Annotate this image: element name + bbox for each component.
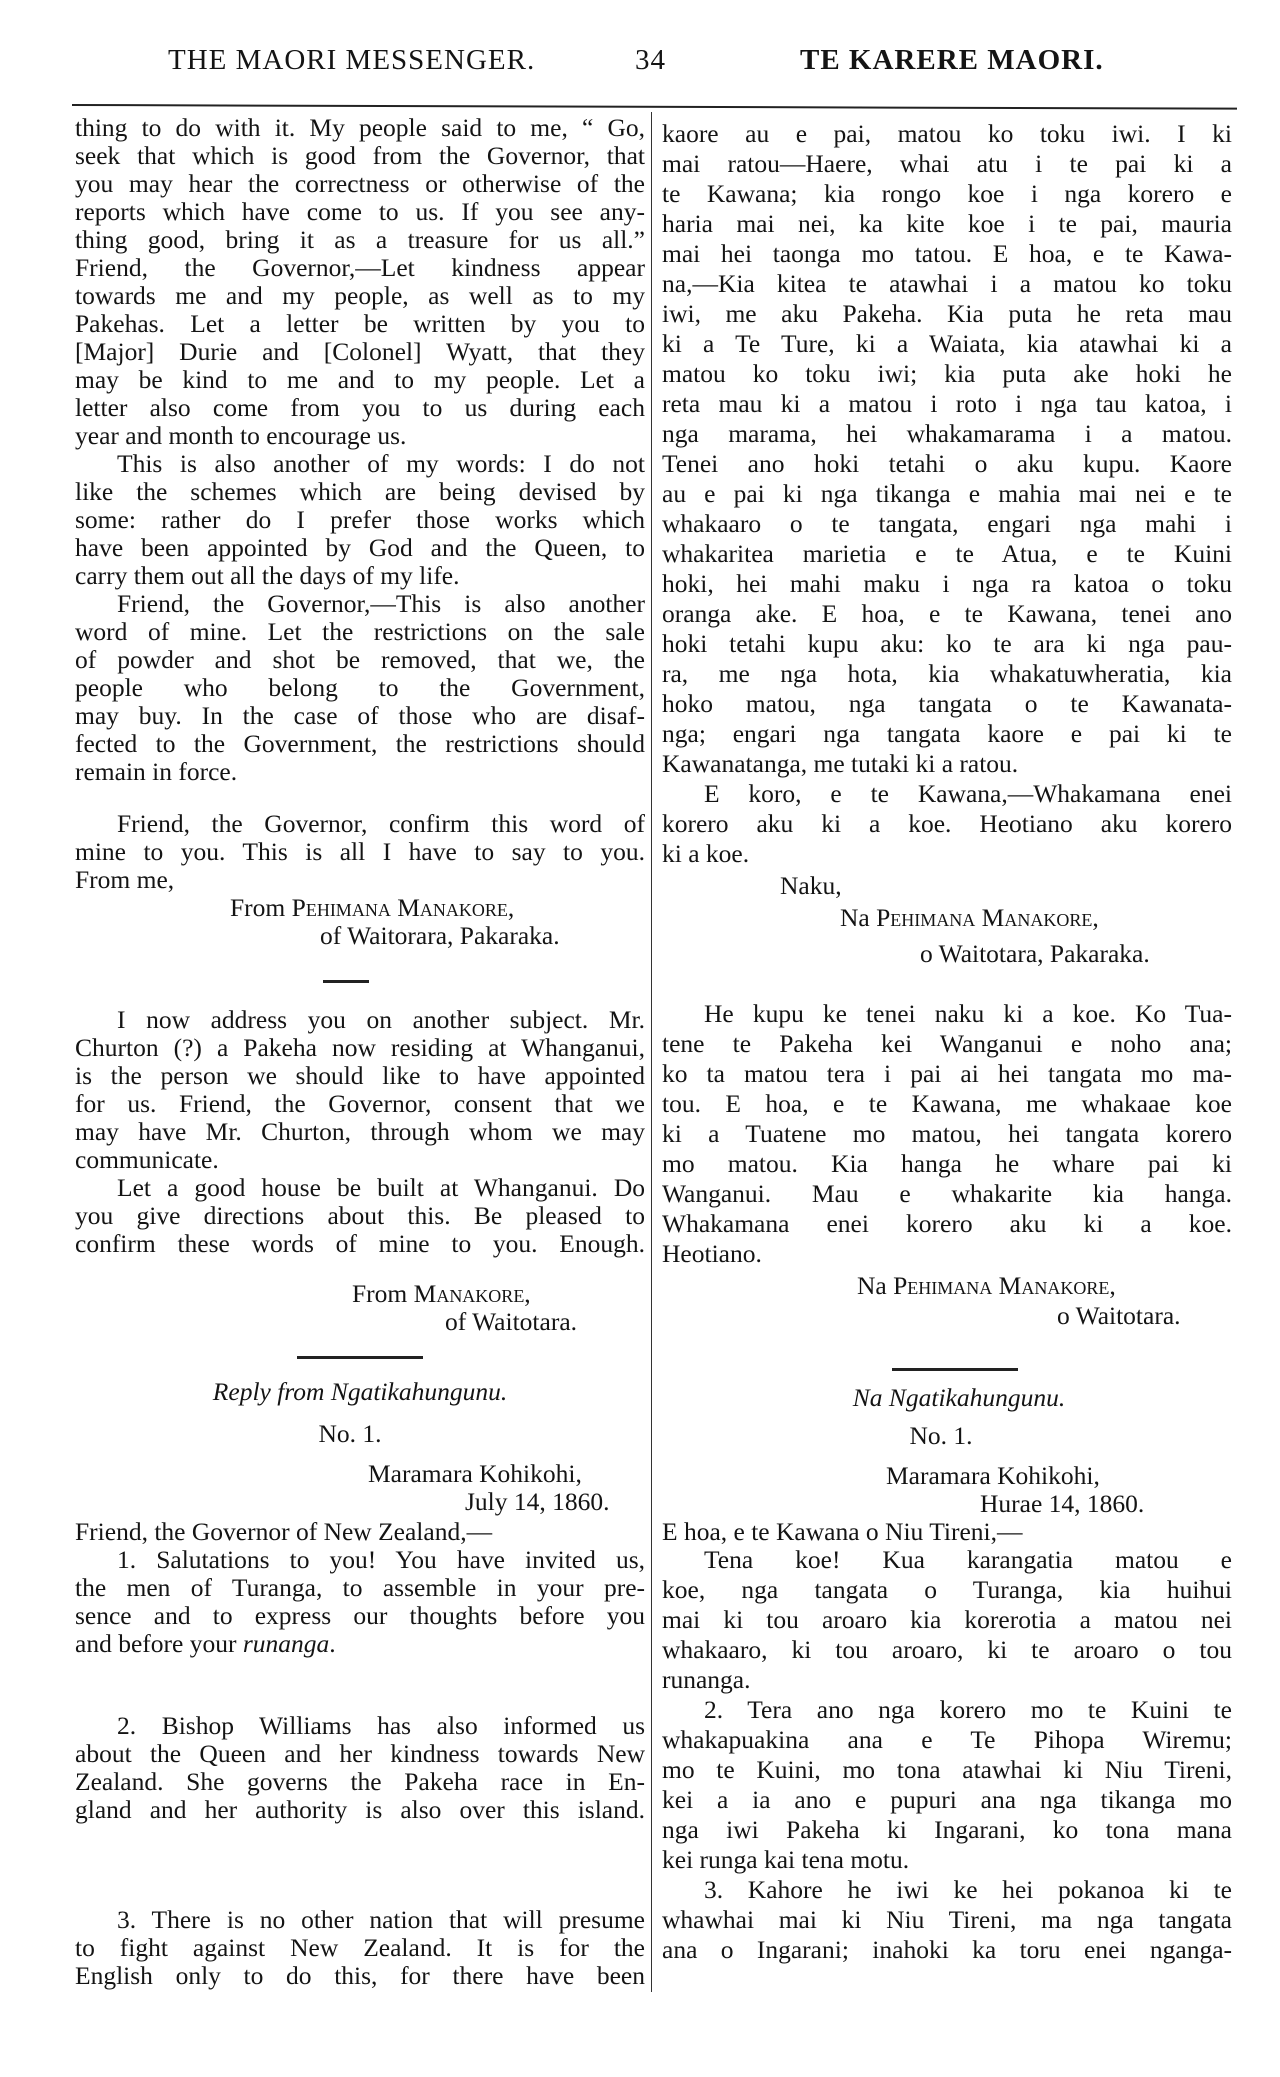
- text-line: nga; engari nga tangata kaore e pai ki t…: [662, 720, 1232, 748]
- text-line: confirm these words of mine to you. Enou…: [75, 1230, 645, 1258]
- section-rule: [892, 1368, 1018, 1371]
- text-line: mai ratou—Haere, whai atu i te pai ki a: [662, 150, 1232, 178]
- text-line: letter also come from you to us during e…: [75, 394, 645, 422]
- signature-line: From Manakore,: [352, 1280, 531, 1308]
- reply-date: Hurae 14, 1860.: [980, 1490, 1144, 1518]
- text-line: [Major] Durie and [Colonel] Wyatt, that …: [75, 338, 645, 366]
- text-line: Tena koe! Kua karangatia matou e: [662, 1546, 1232, 1574]
- text-line: kei runga kai tena motu.: [662, 1846, 1232, 1874]
- text-line: Wanganui. Mau e whakarite kia hanga.: [662, 1180, 1232, 1208]
- text-line: thing to do with it. My people said to m…: [75, 114, 645, 142]
- text-line: reports which have come to us. If you se…: [75, 198, 645, 226]
- text-line: may buy. In the case of those who are di…: [75, 702, 645, 730]
- text-line: Friend, the Governor,—This is also anoth…: [75, 590, 645, 618]
- text-line: kei a ia ano e pupuri ana nga tikanga mo: [662, 1786, 1232, 1814]
- text-line: ana o Ingarani; inahoki ka toru enei nga…: [662, 1936, 1232, 1964]
- text-line: Zealand. She governs the Pakeha race in …: [75, 1768, 645, 1796]
- signatory-place: of Waitorara, Pakaraka.: [320, 922, 560, 950]
- text-line: Pakehas. Let a letter be written by you …: [75, 310, 645, 338]
- text-line: ki a Te Ture, ki a Waiata, kia atawhai k…: [662, 330, 1232, 358]
- text-line: te Kawana; kia rongo koe i nga korero e: [662, 180, 1232, 208]
- text-line: whakaritea marietia e te Atua, e te Kuin…: [662, 540, 1232, 568]
- signatory-place: of Waitotara.: [445, 1308, 577, 1336]
- text-line: may be kind to me and to my people. Let …: [75, 366, 645, 394]
- signature-prefix: From: [352, 1279, 414, 1308]
- text-line: like the schemes which are being devised…: [75, 478, 645, 506]
- text-line: word of mine. Let the restrictions on th…: [75, 618, 645, 646]
- text-line: have been appointed by God and the Queen…: [75, 534, 645, 562]
- reply-salutation: E hoa, e te Kawana o Niu Tireni,—: [662, 1518, 1232, 1546]
- signatory-name: Pehimana Manakore,: [876, 903, 1099, 932]
- text-line: kaore au e pai, matou ko toku iwi. I ki: [662, 120, 1232, 148]
- text-line: ko ta matou tera i pai ai hei tangata mo…: [662, 1060, 1232, 1088]
- reply-date: July 14, 1860.: [465, 1488, 610, 1516]
- text-line: English only to do this, for there have …: [75, 1962, 645, 1990]
- masthead-english: THE MAORI MESSENGER.: [168, 44, 535, 77]
- text-line: fected to the Government, the restrictio…: [75, 730, 645, 758]
- text-line: I now address you on another subject. Mr…: [75, 1006, 645, 1034]
- text-line: He kupu ke tenei naku ki a koe. Ko Tua-: [662, 1000, 1232, 1028]
- text-line: whakapuakina ana e Te Pihopa Wiremu;: [662, 1726, 1232, 1754]
- text-line: haria mai nei, ka kite koe i te pai, mau…: [662, 210, 1232, 238]
- text-line: reta mau ki a matou i roto i nga tau kat…: [662, 390, 1232, 418]
- signatory-place: o Waitotara.: [1057, 1302, 1181, 1330]
- signatory-name: Pehimana Manakore,: [893, 1271, 1116, 1300]
- signatory-place: o Waitotara, Pakaraka.: [920, 940, 1150, 968]
- text-line: This is also another of my words: I do n…: [75, 450, 645, 478]
- text-line: ki a Tuatene mo matou, hei tangata korer…: [662, 1120, 1232, 1148]
- text-line: Churton (?) a Pakeha now residing at Wha…: [75, 1034, 645, 1062]
- text-line: seek that which is good from the Governo…: [75, 142, 645, 170]
- text-line: of powder and shot be removed, that we, …: [75, 646, 645, 674]
- text-line: Friend, the Governor, confirm this word …: [75, 810, 645, 838]
- text-line: E koro, e te Kawana,—Whakamana enei: [662, 780, 1232, 808]
- text-line: hoko matou, nga tangata o te Kawanata-: [662, 690, 1232, 718]
- reply-number: No. 1.: [65, 1420, 635, 1448]
- text-line: sence and to express our thoughts before…: [75, 1602, 645, 1630]
- header-rule: [72, 104, 1237, 110]
- text-line: Let a good house be built at Whanganui. …: [75, 1174, 645, 1202]
- reply-place: Maramara Kohikohi,: [368, 1460, 582, 1488]
- text-line: is the person we should like to have app…: [75, 1062, 645, 1090]
- page-number: 34: [635, 44, 666, 77]
- text-line: From me,: [75, 866, 645, 894]
- text-line: hoki, hei mahi maku i nga ra katoa o tok…: [662, 570, 1232, 598]
- reply-heading: Reply from Ngatikahungunu.: [75, 1378, 645, 1406]
- text-line: communicate.: [75, 1146, 645, 1174]
- signature-prefix: From: [230, 893, 292, 922]
- text-line: ra, me nga hota, kia whakatuwheratia, ki…: [662, 660, 1232, 688]
- text-line: nga marama, hei whakamarama i a matou.: [662, 420, 1232, 448]
- text-line: mo te Kuini, mo tona atawhai ki Niu Tire…: [662, 1756, 1232, 1784]
- text-line: the men of Turanga, to assemble in your …: [75, 1574, 645, 1602]
- text-line: year and month to encourage us.: [75, 422, 645, 450]
- signatory-name: Pehimana Manakore,: [292, 893, 515, 922]
- masthead-maori: TE KARERE MAORI.: [800, 44, 1104, 77]
- text-line: iwi, me aku Pakeha. Kia puta he reta mau: [662, 300, 1232, 328]
- text-line: may have Mr. Churton, through whom we ma…: [75, 1118, 645, 1146]
- text-line: oranga ake. E hoa, e te Kawana, tenei an…: [662, 600, 1232, 628]
- text-line: for us. Friend, the Governor, consent th…: [75, 1090, 645, 1118]
- text-line: 3. Kahore he iwi ke hei pokanoa ki te: [662, 1876, 1232, 1904]
- text-line: runanga.: [662, 1666, 1232, 1694]
- text-line: whakaaro o te tangata, engari nga mahi i: [662, 510, 1232, 538]
- text-line: ki a koe.: [662, 840, 1232, 868]
- signature-prefix: Na: [840, 903, 876, 932]
- signature-line: Na Pehimana Manakore,: [840, 904, 1099, 932]
- text-line: some: rather do I prefer those works whi…: [75, 506, 645, 534]
- text-line: mine to you. This is all I have to say t…: [75, 838, 645, 866]
- signatory-name: Manakore,: [414, 1279, 531, 1308]
- reply-heading: Na Ngatikahungunu.: [674, 1384, 1244, 1412]
- text-line: whawhai mai ki Niu Tireni, ma nga tangat…: [662, 1906, 1232, 1934]
- text-line: gland and her authority is also over thi…: [75, 1796, 645, 1824]
- text-line: to fight against New Zealand. It is for …: [75, 1934, 645, 1962]
- text-line: and before your runanga.: [75, 1630, 645, 1658]
- text-line: na,—Kia kitea te atawhai i a matou ko to…: [662, 270, 1232, 298]
- text-line: 3. There is no other nation that will pr…: [75, 1906, 645, 1934]
- column-divider: [651, 112, 652, 1992]
- reply-salutation: Friend, the Governor of New Zealand,—: [75, 1518, 645, 1546]
- text-line: koe, nga tangata o Turanga, kia huihui: [662, 1576, 1232, 1604]
- text-line: au e pai ki nga tikanga e mahia mai nei …: [662, 480, 1232, 508]
- text-line: mai hei taonga mo tatou. E hoa, e te Kaw…: [662, 240, 1232, 268]
- text-line: mo matou. Kia hanga he whare pai ki: [662, 1150, 1232, 1178]
- text-line: you may hear the correctness or otherwis…: [75, 170, 645, 198]
- text-line: Friend, the Governor,—Let kindness appea…: [75, 254, 645, 282]
- text-line: about the Queen and her kindness towards…: [75, 1740, 645, 1768]
- text-line: carry them out all the days of my life.: [75, 562, 645, 590]
- text-line: Whakamana enei korero aku ki a koe.: [662, 1210, 1232, 1238]
- signature-line: Na Pehimana Manakore,: [857, 1272, 1116, 1300]
- text-line: mai ki tou aroaro kia korerotia a matou …: [662, 1606, 1232, 1634]
- text-line: Heotiano.: [662, 1240, 1232, 1268]
- section-rule: [323, 980, 369, 983]
- text-line: 1. Salutations to you! You have invited …: [75, 1546, 645, 1574]
- reply-number: No. 1.: [656, 1422, 1226, 1450]
- text-line: Tenei ano hoki tetahi o aku kupu. Kaore: [662, 450, 1232, 478]
- reply-place: Maramara Kohikohi,: [886, 1462, 1100, 1490]
- signature-line: From Pehimana Manakore,: [230, 894, 514, 922]
- text-line: remain in force.: [75, 758, 645, 786]
- text-line: korero aku ki a koe. Heotiano aku korero: [662, 810, 1232, 838]
- text-line: whakaaro, ki tou aroaro, ki te aroaro o …: [662, 1636, 1232, 1664]
- italic-term: runanga: [243, 1629, 329, 1658]
- closing: Naku,: [780, 872, 842, 900]
- text-line: people who belong to the Government,: [75, 674, 645, 702]
- text-line: Kawanatanga, me tutaki ki a ratou.: [662, 750, 1232, 778]
- text-line: 2. Bishop Williams has also informed us: [75, 1712, 645, 1740]
- text-line: hoki tetahi kupu aku: ko te ara ki nga p…: [662, 630, 1232, 658]
- text-line: nga iwi Pakeha ki Ingarani, ko tona mana: [662, 1816, 1232, 1844]
- section-rule: [297, 1356, 423, 1359]
- signature-prefix: Na: [857, 1271, 893, 1300]
- text-line: tene te Pakeha kei Wanganui e noho ana;: [662, 1030, 1232, 1058]
- text-line: tou. E hoa, e te Kawana, me whakaae koe: [662, 1090, 1232, 1118]
- text-line: 2. Tera ano nga korero mo te Kuini te: [662, 1696, 1232, 1724]
- text-line: matou ko toku iwi; kia puta ake hoki he: [662, 360, 1232, 388]
- text-line: you give directions about this. Be pleas…: [75, 1202, 645, 1230]
- text-line: thing good, bring it as a treasure for u…: [75, 226, 645, 254]
- text-line: towards me and my people, as well as to …: [75, 282, 645, 310]
